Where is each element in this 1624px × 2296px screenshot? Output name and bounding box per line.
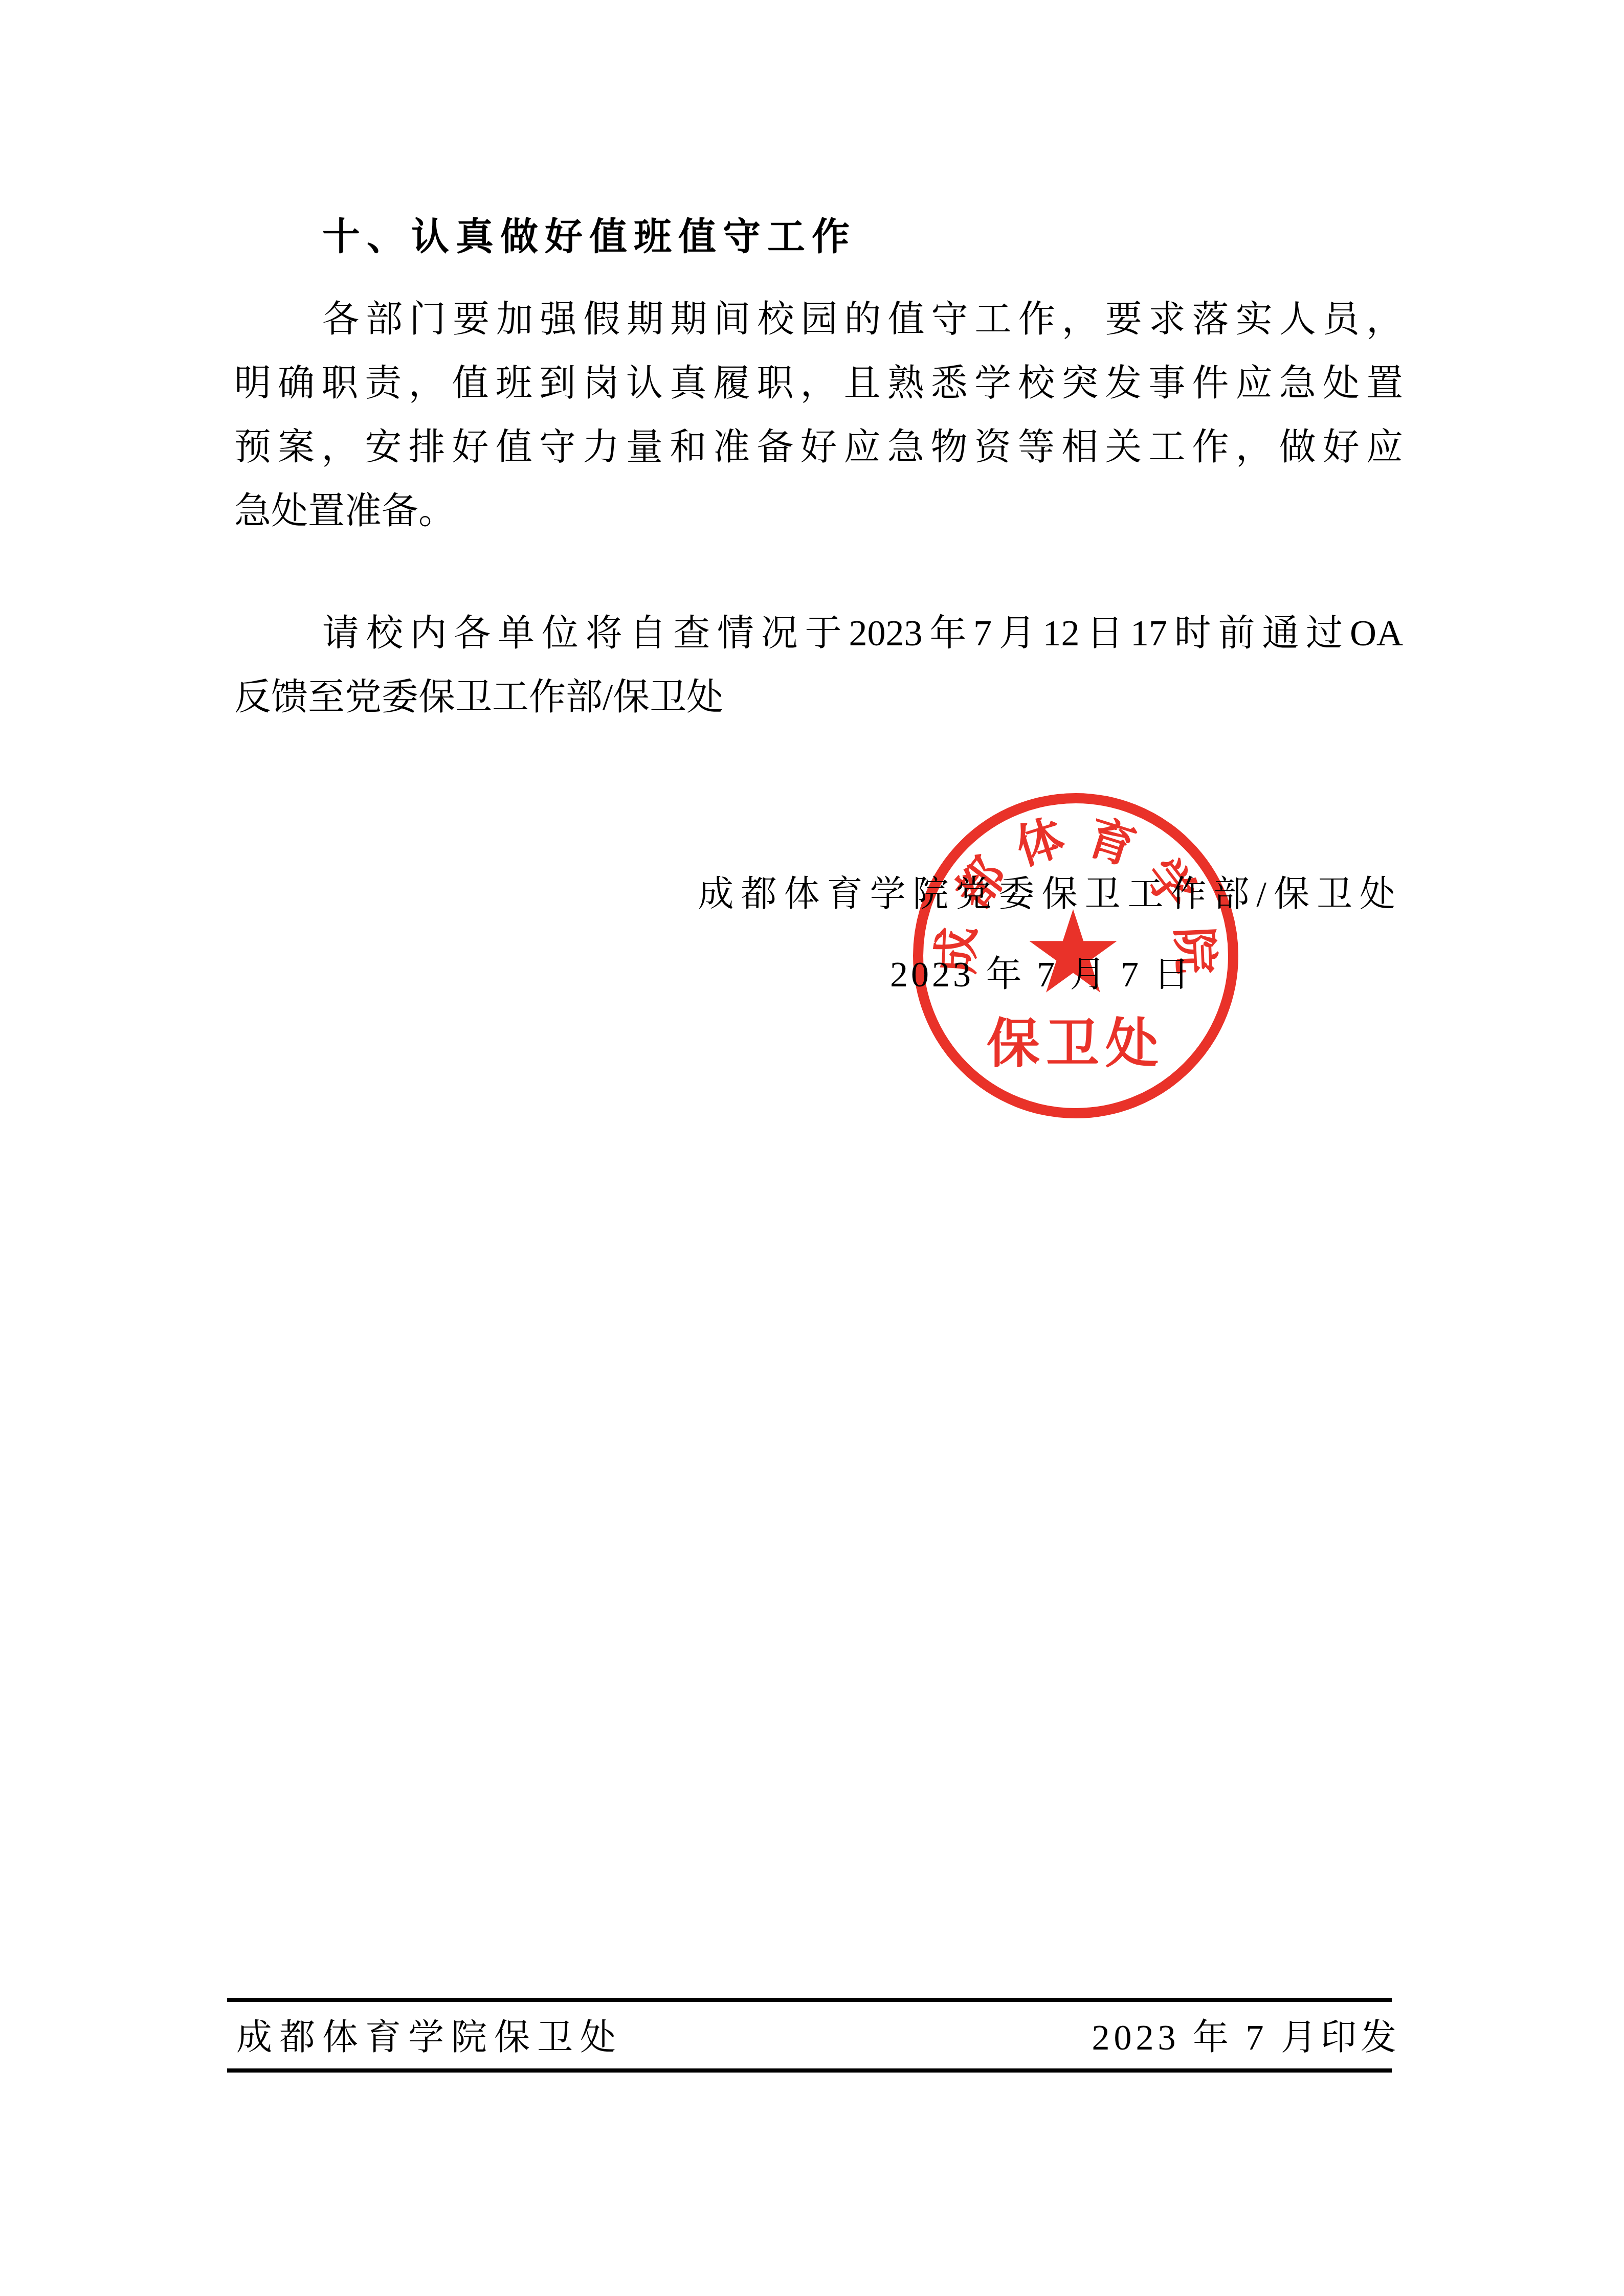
seal-bottom-text: 保卫处 xyxy=(987,1015,1165,1074)
document-page: 十、认真做好值班值守工作 各部门要加强假期期间校园的值守工作，要求落实人员， 明… xyxy=(0,0,1624,2296)
footer-rule-top xyxy=(227,1998,1392,2002)
footer-issuer: 成都体育学院保卫处 xyxy=(236,2020,623,2056)
paragraph-feedback-deadline: 请校内各单位将自查情况于2023年7月12日17时前通过OA 反馈至党委保卫工作… xyxy=(234,601,1403,729)
footer-rule-bottom xyxy=(227,2068,1392,2073)
footer-print-date: 2023 年 7 月印发 xyxy=(1092,2020,1401,2056)
issuing-department-signature: 成都体育学院党委保卫工作部/保卫处 xyxy=(698,863,1403,927)
paragraph-line: 急处置准备。 xyxy=(234,479,1403,543)
paragraph-line: 反馈至党委保卫工作部/保卫处 xyxy=(234,665,1403,729)
paragraph-line: 各部门要加强假期期间校园的值守工作，要求落实人员， xyxy=(234,287,1403,351)
document-date: 2023 年 7 月 7 日 xyxy=(890,943,1193,1007)
section-heading: 十、认真做好值班值守工作 xyxy=(322,206,856,269)
paragraph-line: 预案，安排好值守力量和准备好应急物资等相关工作，做好应 xyxy=(234,415,1403,479)
paragraph-line: 请校内各单位将自查情况于2023年7月12日17时前通过OA xyxy=(234,601,1403,665)
paragraph-duty-requirements: 各部门要加强假期期间校园的值守工作，要求落实人员， 明确职责，值班到岗认真履职，… xyxy=(234,287,1403,543)
paragraph-line: 明确职责，值班到岗认真履职，且熟悉学校突发事件应急处置 xyxy=(234,351,1403,415)
